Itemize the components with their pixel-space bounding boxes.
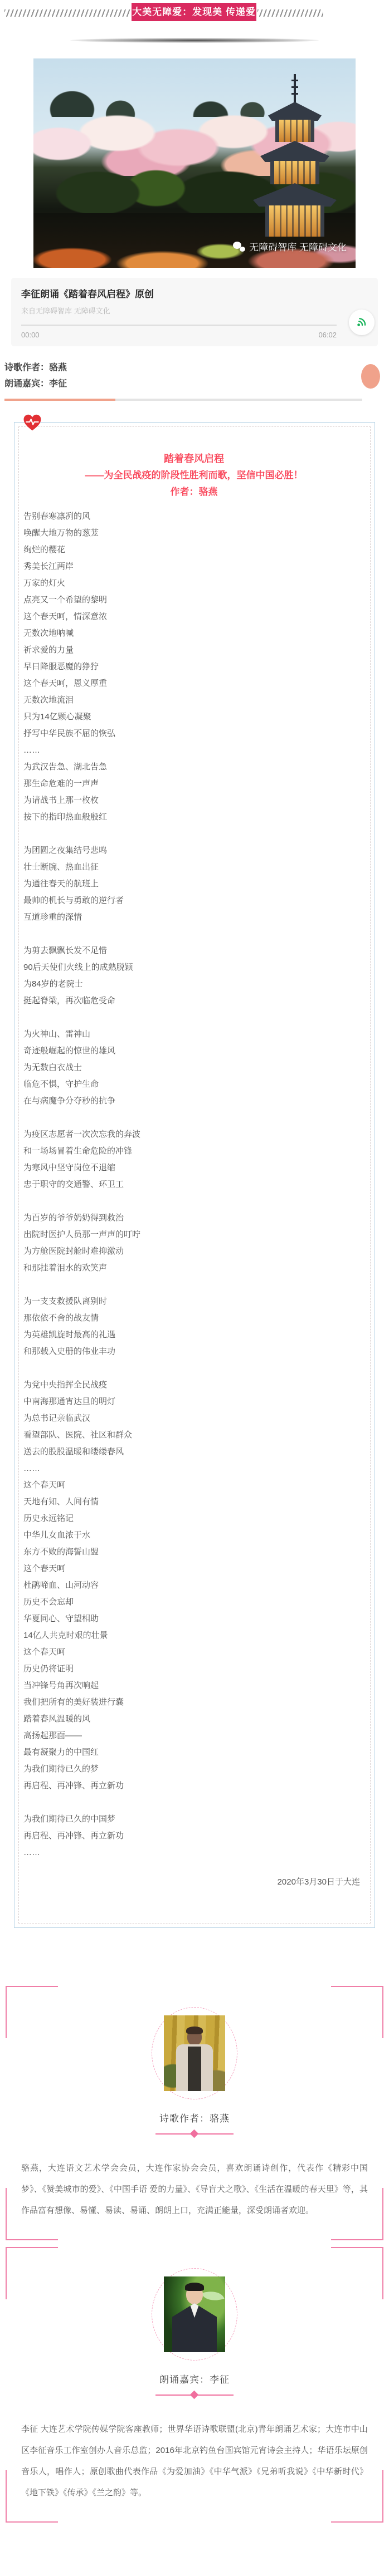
poem-line: 无数次地呐喊 xyxy=(23,625,364,642)
poem-title-block: 踏着春风启程 ——为全民战疫的阶段性胜利而歌，坚信中国必胜！ 作者：骆燕 xyxy=(23,450,364,501)
heart-pulse-icon xyxy=(22,412,43,433)
top-band: 大美无障爱：发现美 传递爱 xyxy=(0,1,389,30)
poem-line: 这个春天呵 xyxy=(23,1477,364,1494)
poem-line: 看望部队、医院、社区和群众 xyxy=(23,1427,364,1444)
bio-section-reciter: 朗诵嘉宾：李征 李征 大连艺术学院传媒学院客座教师；世界华语诗歌联盟(北京)青年… xyxy=(6,2247,383,2523)
poem-box: 踏着春风启程 ——为全民战疫的阶段性胜利而歌，坚信中国必胜！ 作者：骆燕 告别春… xyxy=(14,422,375,1928)
poem-line: 天地有知、人间有情 xyxy=(23,1494,364,1510)
poem-line: 当冲锋号角再次响起 xyxy=(23,1677,364,1694)
avatar-frame xyxy=(152,2007,237,2099)
poem-line: 为一支支救援队离别时 xyxy=(23,1293,364,1310)
poem-line: 为我们期待已久的梦 xyxy=(23,1761,364,1778)
poem-line: 为84岁的老院士 xyxy=(23,976,364,993)
audio-title: 李征朗诵《踏着春风启程》原创 xyxy=(21,286,368,300)
avatar-reciter xyxy=(164,2276,225,2352)
poem-line: 告别春寒凛冽的风 xyxy=(23,508,364,525)
poem-body: 告别春寒凛冽的风唤醒大地万物的葱茏绚烂的樱花秀美长江两岸万家的灯火点亮又一个希望… xyxy=(23,508,364,1861)
poem-line: 点亮又一个希望的黎明 xyxy=(23,592,364,609)
poem-line: 为武汉告急、湖北告急 xyxy=(23,759,364,776)
poem-stanza-gap xyxy=(23,1110,364,1126)
poem-line: 万家的灯火 xyxy=(23,575,364,592)
pagoda-storey xyxy=(270,161,319,184)
hero-pagoda xyxy=(253,74,337,241)
hatch-stripes-left xyxy=(4,9,130,17)
poem-line: 无数次地流泪 xyxy=(23,692,364,709)
poem-stanza-gap xyxy=(23,1009,364,1026)
poem-author-credit: 诗歌作者：骆燕 xyxy=(4,360,346,376)
watermark-text: 无障碍智库 无障碍文化 xyxy=(249,239,347,253)
hatch-stripes-right xyxy=(257,9,323,17)
article-page: 大美无障爱：发现美 传递爱 无障碍智库 无障碍文化 李征朗诵《踏着春风启程》原创… xyxy=(0,0,389,2576)
avatar-poem-author xyxy=(164,2015,225,2091)
poem-line: 再启程、再冲锋、再立新功 xyxy=(23,1828,364,1844)
poem-line: 踏着春风温暖的风 xyxy=(23,1711,364,1728)
poem-line: 为无数白衣战士 xyxy=(23,1059,364,1076)
poem-inner: 踏着春风启程 ——为全民战疫的阶段性胜利而歌，坚信中国必胜！ 作者：骆燕 告别春… xyxy=(18,426,371,1924)
poem-line: 为我们期待已久的中国梦 xyxy=(23,1811,364,1828)
corner-bracket xyxy=(331,2247,383,2299)
poem-line: 和那载入史册的伟业丰功 xyxy=(23,1343,364,1360)
bio-section-poem-author: 诗歌作者：骆燕 骆燕，大连语文艺术学会会员，大连作家协会会员，喜欢朗诵诗创作，代… xyxy=(6,1986,383,2240)
corner-bracket xyxy=(6,1986,58,2038)
poem-line: 为请战书上那一枚枚 xyxy=(23,792,364,809)
corner-bracket xyxy=(331,2188,383,2240)
fold-shadow-divider xyxy=(70,38,319,43)
secondary-progress-fill xyxy=(4,399,115,401)
poem-line: 按下的指印热血般殷红 xyxy=(23,809,364,826)
pagoda-spire xyxy=(294,74,296,104)
poem-line: 这个春天呵，情深意浓 xyxy=(23,609,364,625)
hero-photo: 无障碍智库 无障碍文化 xyxy=(33,58,356,268)
audio-source: 来自无障碍智库 无障碍文化 xyxy=(21,305,368,316)
bio-label-reciter: 朗诵嘉宾：李征 xyxy=(6,2372,383,2386)
corner-bracket xyxy=(6,2188,58,2240)
pagoda-roof xyxy=(268,102,322,121)
poem-line: 14亿人共克时艰的壮景 xyxy=(23,1627,364,1644)
poem-line: 挺起脊梁，再次临危受命 xyxy=(23,993,364,1009)
poem-line: 高扬起那面—— xyxy=(23,1728,364,1744)
poem-line: 互道珍重的深情 xyxy=(23,909,364,926)
poem-line: 临危不惧，守护生命 xyxy=(23,1076,364,1093)
poem-line: 在与病魔争分夺秒的抗争 xyxy=(23,1093,364,1110)
poem-line: 忠于职守的交通警、环卫工 xyxy=(23,1176,364,1193)
poem-line: 绚烂的樱花 xyxy=(23,542,364,558)
poem-stanza-gap xyxy=(23,826,364,842)
poem-line: 那依依不舍的战友情 xyxy=(23,1310,364,1327)
photo-watermark: 无障碍智库 无障碍文化 xyxy=(233,239,347,253)
secondary-progress-bar[interactable] xyxy=(4,399,362,401)
audio-progress-bar[interactable] xyxy=(21,325,337,326)
pagoda-roof xyxy=(260,141,329,162)
poem-byline: 作者：骆燕 xyxy=(23,484,364,501)
poem-line: 为总书记亲临武汉 xyxy=(23,1410,364,1427)
poem-line: 再启程、再冲锋、再立新功 xyxy=(23,1778,364,1794)
poem-title: 踏着春风启程 xyxy=(23,450,364,467)
poem-line: …… xyxy=(23,742,364,759)
audio-time-total: 06:02 xyxy=(318,331,337,339)
poem-line: 和一场场冒着生命危险的冲锋 xyxy=(23,1143,364,1160)
poem-line: 为党中央指挥全民战疫 xyxy=(23,1377,364,1394)
wechat-bubbles-icon xyxy=(233,241,245,252)
corner-bracket xyxy=(6,2470,58,2523)
poem-line: 秀美长江两岸 xyxy=(23,558,364,575)
corner-bracket xyxy=(331,1986,383,2038)
poem-stanza-gap xyxy=(23,926,364,943)
poem-line: 这个春天呵，恩义厚重 xyxy=(23,675,364,692)
poem-line: 送去的股股温暖和缕缕春风 xyxy=(23,1444,364,1460)
poem-line: 中南海那通宵达旦的明灯 xyxy=(23,1394,364,1410)
poem-line: 为剪去飘飘长发不足惜 xyxy=(23,943,364,959)
poem-line: 最有凝聚力的中国红 xyxy=(23,1744,364,1761)
diamond-divider xyxy=(155,2133,234,2135)
audio-player-card[interactable]: 李征朗诵《踏着春风启程》原创 来自无障碍智库 无障碍文化 00:00 06:02 xyxy=(11,278,378,346)
bio-label-poem-author: 诗歌作者：骆燕 xyxy=(6,2111,383,2124)
pagoda-storey xyxy=(265,205,324,237)
pagoda-roof xyxy=(253,183,337,207)
poem-line: 和那挂着泪水的欢笑声 xyxy=(23,1260,364,1277)
bottom-whitespace xyxy=(0,2523,389,2576)
poem-line: 90后天使们火线上的成熟脱颖 xyxy=(23,959,364,976)
poem-line: 中华儿女血浓于水 xyxy=(23,1527,364,1544)
poem-line: 为英雄凯旋时最高的礼遇 xyxy=(23,1327,364,1343)
poem-line: …… xyxy=(23,1844,364,1861)
poem-line: 那生命危难的一声声 xyxy=(23,776,364,792)
poem-line: 为通往春天的航班上 xyxy=(23,876,364,892)
poem-line: 历史仍将证明 xyxy=(23,1661,364,1677)
poem-line: 我们把所有的美好装进行囊 xyxy=(23,1694,364,1711)
poem-line: 华夏同心、守望相助 xyxy=(23,1611,364,1627)
poem-stanza-gap xyxy=(23,1277,364,1293)
corner-bracket xyxy=(331,2470,383,2523)
avatar-frame xyxy=(152,2268,237,2361)
poem-line: 唤醒大地万物的葱茏 xyxy=(23,525,364,542)
poem-line: 出院时医护人员那一声声的叮咛 xyxy=(23,1226,364,1243)
poem-line: 壮士断腕、热血出征 xyxy=(23,859,364,876)
voice-waves-icon xyxy=(352,313,371,332)
corner-bracket xyxy=(6,2247,58,2299)
poem-subtitle: ——为全民战疫的阶段性胜利而歌，坚信中国必胜！ xyxy=(23,467,364,484)
audio-times: 00:00 06:02 xyxy=(21,331,337,339)
poem-line: 为百岁的爷爷奶奶得到救治 xyxy=(23,1210,364,1226)
poem-date: 2020年3月30日于大连 xyxy=(23,1876,360,1918)
poem-line: 历史永远铭记 xyxy=(23,1510,364,1527)
credits-block: 诗歌作者：骆燕 朗诵嘉宾：李征 xyxy=(4,360,385,392)
audio-play-button[interactable] xyxy=(349,310,375,335)
header-banner: 大美无障爱：发现美 传递爱 xyxy=(132,3,256,21)
reciter-credit: 朗诵嘉宾：李征 xyxy=(4,376,346,392)
pagoda-storey xyxy=(275,120,314,142)
poem-line: 为方舱医院封舱时难抑激动 xyxy=(23,1243,364,1260)
poem-line: 为疫区志愿者一次次忘我的奔波 xyxy=(23,1126,364,1143)
poem-line: …… xyxy=(23,1460,364,1477)
poem-line: 为团圆之夜集结号悲鸣 xyxy=(23,842,364,859)
poem-line: 历史不会忘却 xyxy=(23,1594,364,1611)
poem-line: 为寒风中坚守岗位不退缩 xyxy=(23,1160,364,1176)
poem-line: 东方不败的海誓山盟 xyxy=(23,1544,364,1561)
poem-stanza-gap xyxy=(23,1360,364,1377)
poem-line: 这个春天呵 xyxy=(23,1644,364,1661)
poem-line: 抒写中华民族不屈的恢弘 xyxy=(23,725,364,742)
poem-line: 为火神山、雷神山 xyxy=(23,1026,364,1043)
floating-audio-dot[interactable] xyxy=(361,364,380,389)
poem-stanza-gap xyxy=(23,1193,364,1210)
audio-time-current: 00:00 xyxy=(21,331,40,339)
poem-line: 早日降服恶魔的狰狞 xyxy=(23,659,364,675)
diamond-divider xyxy=(155,2395,234,2396)
poem-line: 这个春天呵 xyxy=(23,1561,364,1577)
poem-line: 最帅的机长与勇敢的逆行者 xyxy=(23,892,364,909)
poem-line: 祈求爱的力量 xyxy=(23,642,364,659)
poem-line: 只为14亿颗心凝聚 xyxy=(23,709,364,725)
bio-text-reciter: 李征 大连艺术学院传媒学院客座教师；世界华语诗歌联盟(北京)青年朗诵艺术家；大连… xyxy=(21,2419,368,2504)
bio-text-poem-author: 骆燕，大连语文艺术学会会员，大连作家协会会员，喜欢朗诵诗创作，代表作《精彩中国梦… xyxy=(21,2158,368,2221)
poem-stanza-gap xyxy=(23,1794,364,1811)
poem-line: 杜鹃啼血、山河动容 xyxy=(23,1577,364,1594)
poem-line: 奇迹般崛起的惊世的雄风 xyxy=(23,1043,364,1059)
